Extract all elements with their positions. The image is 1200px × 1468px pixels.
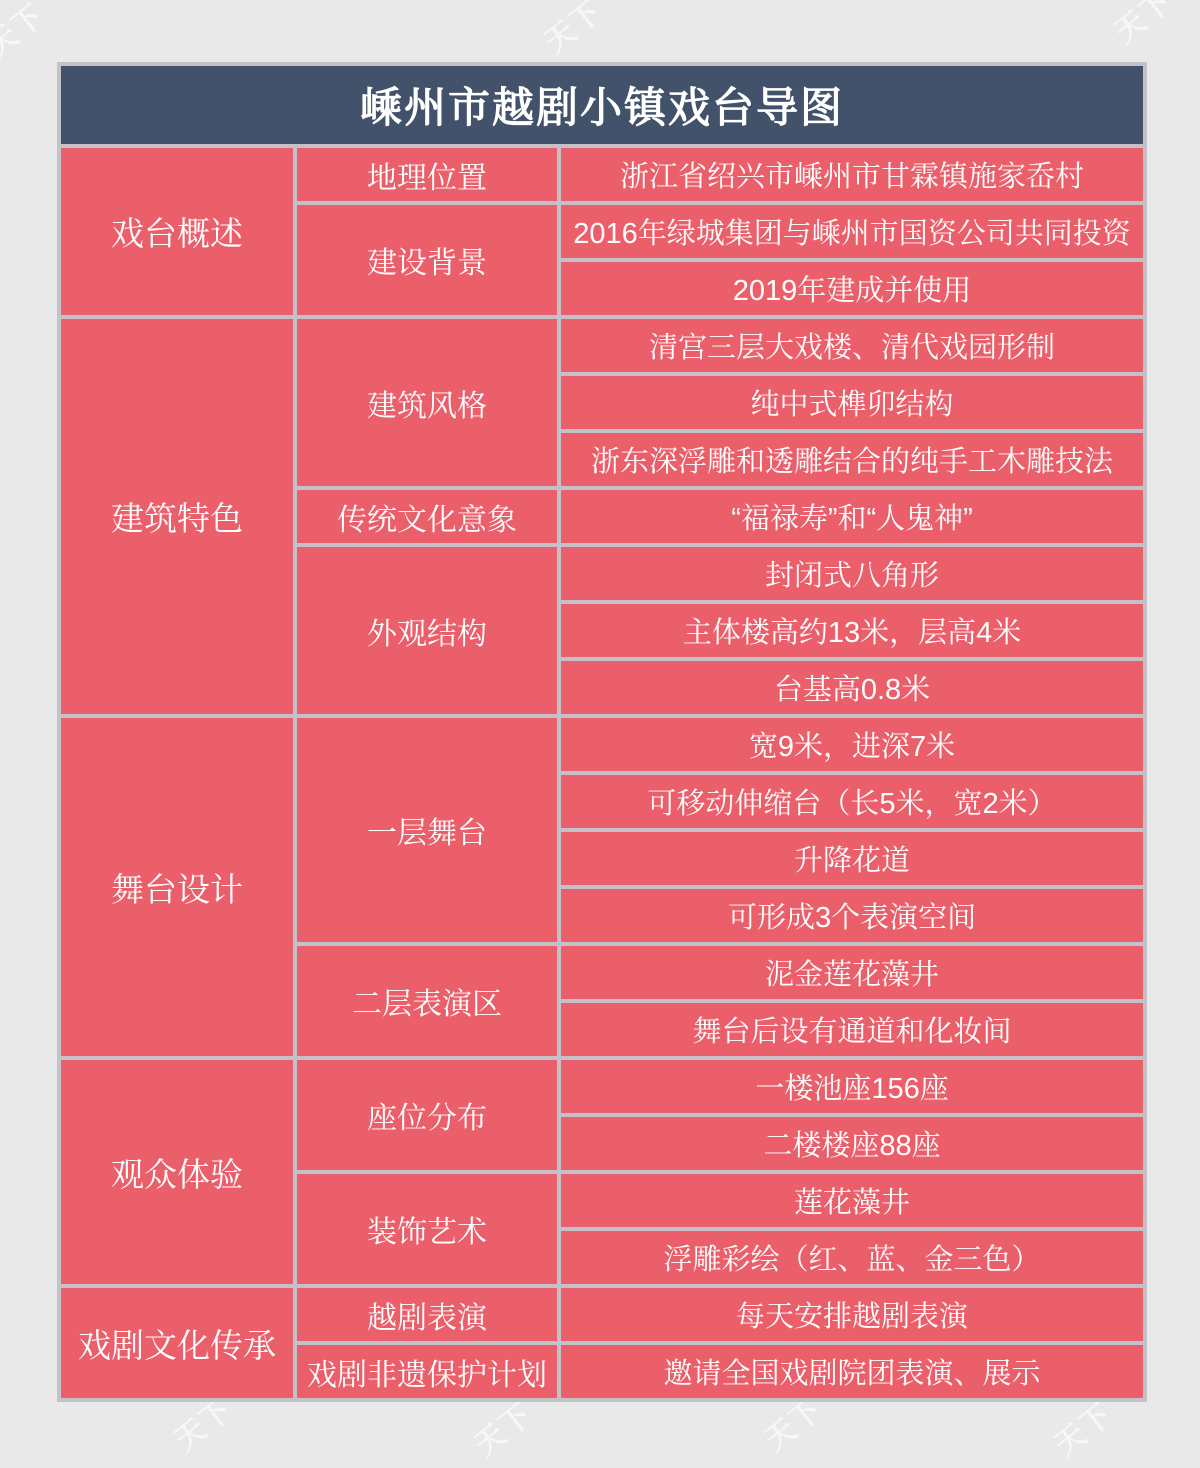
subcategory-cell: 建设背景 xyxy=(295,203,559,317)
subcategory-cell: 建筑风格 xyxy=(295,317,559,488)
subcategory-cell: 传统文化意象 xyxy=(295,488,559,545)
detail-cell: 清宫三层大戏楼、清代戏园形制 xyxy=(559,317,1145,374)
detail-cell: 浮雕彩绘（红、蓝、金三色） xyxy=(559,1229,1145,1286)
detail-cell: 封闭式八角形 xyxy=(559,545,1145,602)
subcategory-cell: 座位分布 xyxy=(295,1058,559,1172)
detail-cell: 二楼楼座88座 xyxy=(559,1115,1145,1172)
detail-cell: 主体楼高约13米，层高4米 xyxy=(559,602,1145,659)
page-title: 嵊州市越剧小镇戏台导图 xyxy=(59,64,1145,146)
detail-cell: 可形成3个表演空间 xyxy=(559,887,1145,944)
detail-cell: 一楼池座156座 xyxy=(559,1058,1145,1115)
subcategory-cell: 戏剧非遗保护计划 xyxy=(295,1343,559,1400)
category-cell: 舞台设计 xyxy=(59,716,295,1058)
subcategory-cell: 装饰艺术 xyxy=(295,1172,559,1286)
watermark-text: 天下 xyxy=(1103,0,1181,51)
page: 天下 天下 天下 天下 天下 天下 天下 天下 嵊州市越剧小镇戏台导图 戏台概述… xyxy=(0,0,1200,1468)
watermark-text: 天下 xyxy=(533,0,611,61)
category-cell: 戏台概述 xyxy=(59,146,295,317)
detail-cell: 可移动伸缩台（长5米，宽2米） xyxy=(559,773,1145,830)
detail-cell: 邀请全国戏剧院团表演、展示 xyxy=(559,1343,1145,1400)
detail-cell: 每天安排越剧表演 xyxy=(559,1286,1145,1343)
detail-cell: 浙江省绍兴市嵊州市甘霖镇施家岙村 xyxy=(559,146,1145,203)
detail-cell: 宽9米，进深7米 xyxy=(559,716,1145,773)
subcategory-cell: 地理位置 xyxy=(295,146,559,203)
detail-cell: 升降花道 xyxy=(559,830,1145,887)
detail-cell: 纯中式榫卯结构 xyxy=(559,374,1145,431)
subcategory-cell: 外观结构 xyxy=(295,545,559,716)
detail-cell: “福禄寿”和“人鬼神” xyxy=(559,488,1145,545)
detail-cell: 莲花藻井 xyxy=(559,1172,1145,1229)
detail-cell: 浙东深浮雕和透雕结合的纯手工木雕技法 xyxy=(559,431,1145,488)
watermark-text: 天下 xyxy=(0,0,53,65)
detail-cell: 2016年绿城集团与嵊州市国资公司共同投资 xyxy=(559,203,1145,260)
subcategory-cell: 越剧表演 xyxy=(295,1286,559,1343)
category-cell: 戏剧文化传承 xyxy=(59,1286,295,1400)
detail-cell: 台基高0.8米 xyxy=(559,659,1145,716)
subcategory-cell: 二层表演区 xyxy=(295,944,559,1058)
subcategory-cell: 一层舞台 xyxy=(295,716,559,944)
category-cell: 观众体验 xyxy=(59,1058,295,1286)
detail-cell: 泥金莲花藻井 xyxy=(559,944,1145,1001)
category-cell: 建筑特色 xyxy=(59,317,295,716)
detail-cell: 2019年建成并使用 xyxy=(559,260,1145,317)
detail-cell: 舞台后设有通道和化妆间 xyxy=(559,1001,1145,1058)
stage-guide-table: 嵊州市越剧小镇戏台导图 戏台概述 地理位置 浙江省绍兴市嵊州市甘霖镇施家岙村 建… xyxy=(57,62,1147,1402)
